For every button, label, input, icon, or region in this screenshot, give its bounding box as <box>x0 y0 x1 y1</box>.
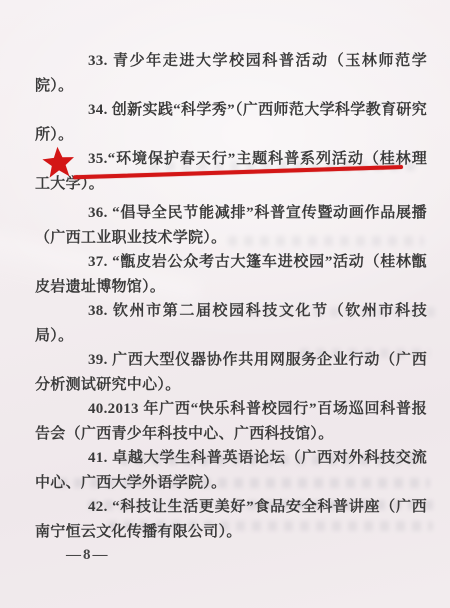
list-item-39: 39. 广西大型仪器协作共用网服务企业行动（广西分析测试研究中心）。 <box>35 348 427 397</box>
list-item-35-highlighted: 35.“环境保护春天行”主题科普系列活动（桂林理工大学）。 <box>35 147 427 196</box>
scanned-document-page: 33. 青少年走进大学校园科普活动（玉林师范学院）。 34. 创新实践“科学秀”… <box>0 0 450 608</box>
list-item-36: 36. “倡导全民节能减排”科普宣传暨动画作品展播（广西工业职业技术学院）。 <box>35 201 427 250</box>
list-item-38: 38. 钦州市第二届校园科技文化节（钦州市科技局）。 <box>35 299 427 348</box>
list-item-42: 42. “科技让生活更美好”食品安全科普讲座（广西南宁恒云文化传播有限公司）。 <box>35 495 427 544</box>
list-item-33: 33. 青少年走进大学校园科普活动（玉林师范学院）。 <box>35 49 427 98</box>
list-item-37: 37. “甑皮岩公众考古大篷车进校园”活动（桂林甑皮岩遗址博物馆）。 <box>35 250 427 299</box>
red-star-icon <box>41 145 76 180</box>
list-item-34: 34. 创新实践“科学秀”（广西师范大学科学教育研究所）。 <box>35 98 427 147</box>
list-item-40: 40.2013 年广西“快乐科普校园行”百场巡回科普报告会（广西青少年科技中心、… <box>35 397 427 446</box>
list-item-41: 41. 卓越大学生科普英语论坛（广西对外科技交流中心、广西大学外语学院）。 <box>35 446 427 495</box>
page-number: —8— <box>66 547 110 564</box>
document-body: 33. 青少年走进大学校园科普活动（玉林师范学院）。 34. 创新实践“科学秀”… <box>35 49 427 544</box>
